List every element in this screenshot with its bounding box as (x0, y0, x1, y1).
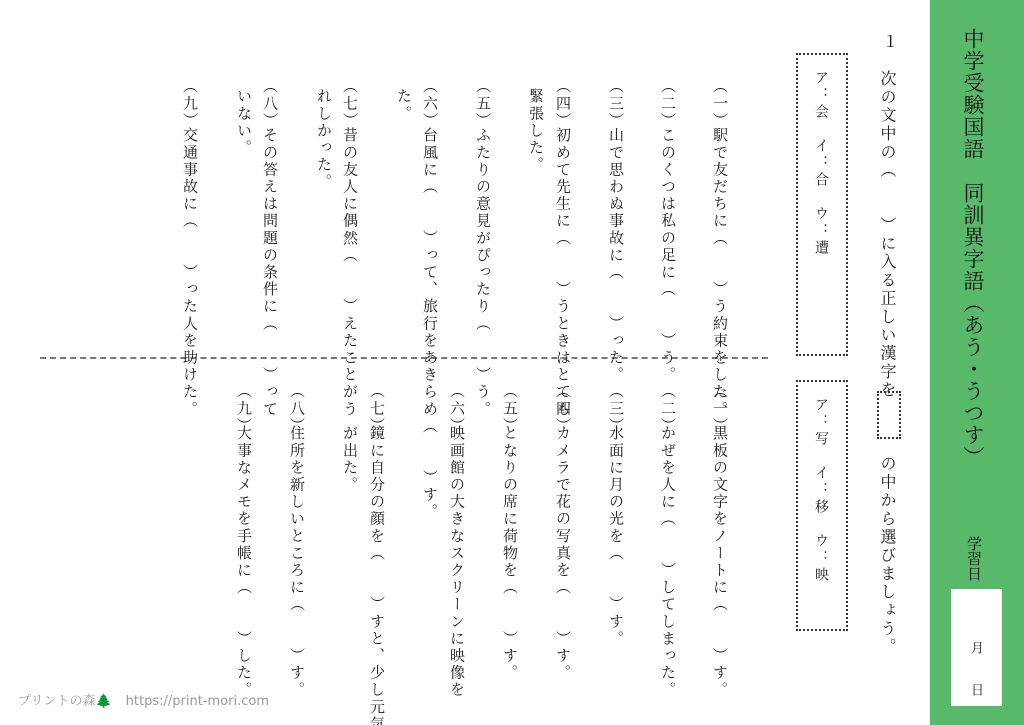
date-month-label: 月 (969, 641, 982, 654)
question-text-cont: 緊張した。 (528, 88, 543, 174)
question-label: （五） (475, 78, 490, 129)
question-text: ふたりの意見がぴったり（ ）う。 (475, 127, 490, 418)
study-date-label: 学習日 (966, 536, 981, 581)
question-label: （三） (608, 78, 623, 129)
question-text: 鏡に自分の顔を（ ）すと、少し元気 (369, 425, 384, 725)
question-label: （六） (422, 78, 437, 129)
question-label: （九） (182, 78, 197, 129)
site-url-link[interactable]: https://print-mori.com (126, 694, 269, 709)
question-text: となりの席に荷物を（ ）す。 (502, 425, 517, 682)
instruction-text: 次の文中の（ ）に入る正しい漢字を (879, 70, 895, 399)
question-label: （四） (555, 78, 570, 129)
instruction-text-end: の中から選びましょう。 (879, 455, 895, 656)
question-text: 住所を新しいところに（ ）す。 (289, 425, 304, 699)
question-text: 山で思わぬ事故に（ ）った。 (608, 127, 623, 384)
question-label: （一） (712, 78, 727, 129)
choices-a: ア：会 イ：合 ウ：遭 (814, 70, 828, 257)
question-text: カメラで花の写真を（ ）す。 (555, 425, 570, 682)
question-text: 大事なメモを手帳に（ ）した。 (236, 425, 251, 699)
brand-name: プリントの森 (18, 694, 95, 709)
question-text-cont: が出た。 (342, 425, 357, 493)
question-label: （八） (262, 78, 277, 129)
question-text: 水面に月の光を（ ）す。 (608, 425, 623, 647)
question-text-cont: た。 (396, 88, 411, 122)
footer: プリントの森🌲https://print-mori.com (18, 690, 269, 709)
question-text: かぜを人に（ ）してしまった。 (660, 425, 675, 699)
worksheet-title: 中学受験国語 同訓異字語（あう・うつす） (962, 28, 983, 468)
question-text: 黒板の文字をノートに（ ）す。 (712, 425, 727, 699)
question-text-cont: れしかった。 (316, 88, 331, 191)
question-text-cont: （ ）す。 (422, 418, 437, 521)
question-number: １ (881, 33, 897, 49)
question-label: （七） (342, 78, 357, 129)
choices-b: ア：写 イ：移 ウ：映 (814, 397, 828, 584)
instruction-box-icon (877, 391, 901, 439)
question-text: 交通事故に（ ）った人を助けた。 (182, 127, 197, 418)
question-text: 初めて先生に（ ）うときはとても (555, 127, 570, 418)
tree-icon: 🌲 (95, 694, 111, 709)
question-text: このくつは私の足に（ ）う。 (660, 127, 675, 384)
date-day-label: 日 (969, 683, 982, 696)
question-text: 駅で友だちに（ ）う約束をした。 (712, 127, 727, 418)
question-text: 映画館の大きなスクリーンに映像を (449, 425, 464, 699)
question-text: 昔の友人に偶然（ ）えたことがう (342, 127, 357, 418)
question-label: （二） (660, 78, 675, 129)
question-text: 台風に（ ）って、旅行をあきらめ (422, 127, 437, 418)
question-text-cont: いない。 (236, 88, 251, 156)
question-text: その答えは問題の条件に（ ）って (262, 127, 277, 418)
